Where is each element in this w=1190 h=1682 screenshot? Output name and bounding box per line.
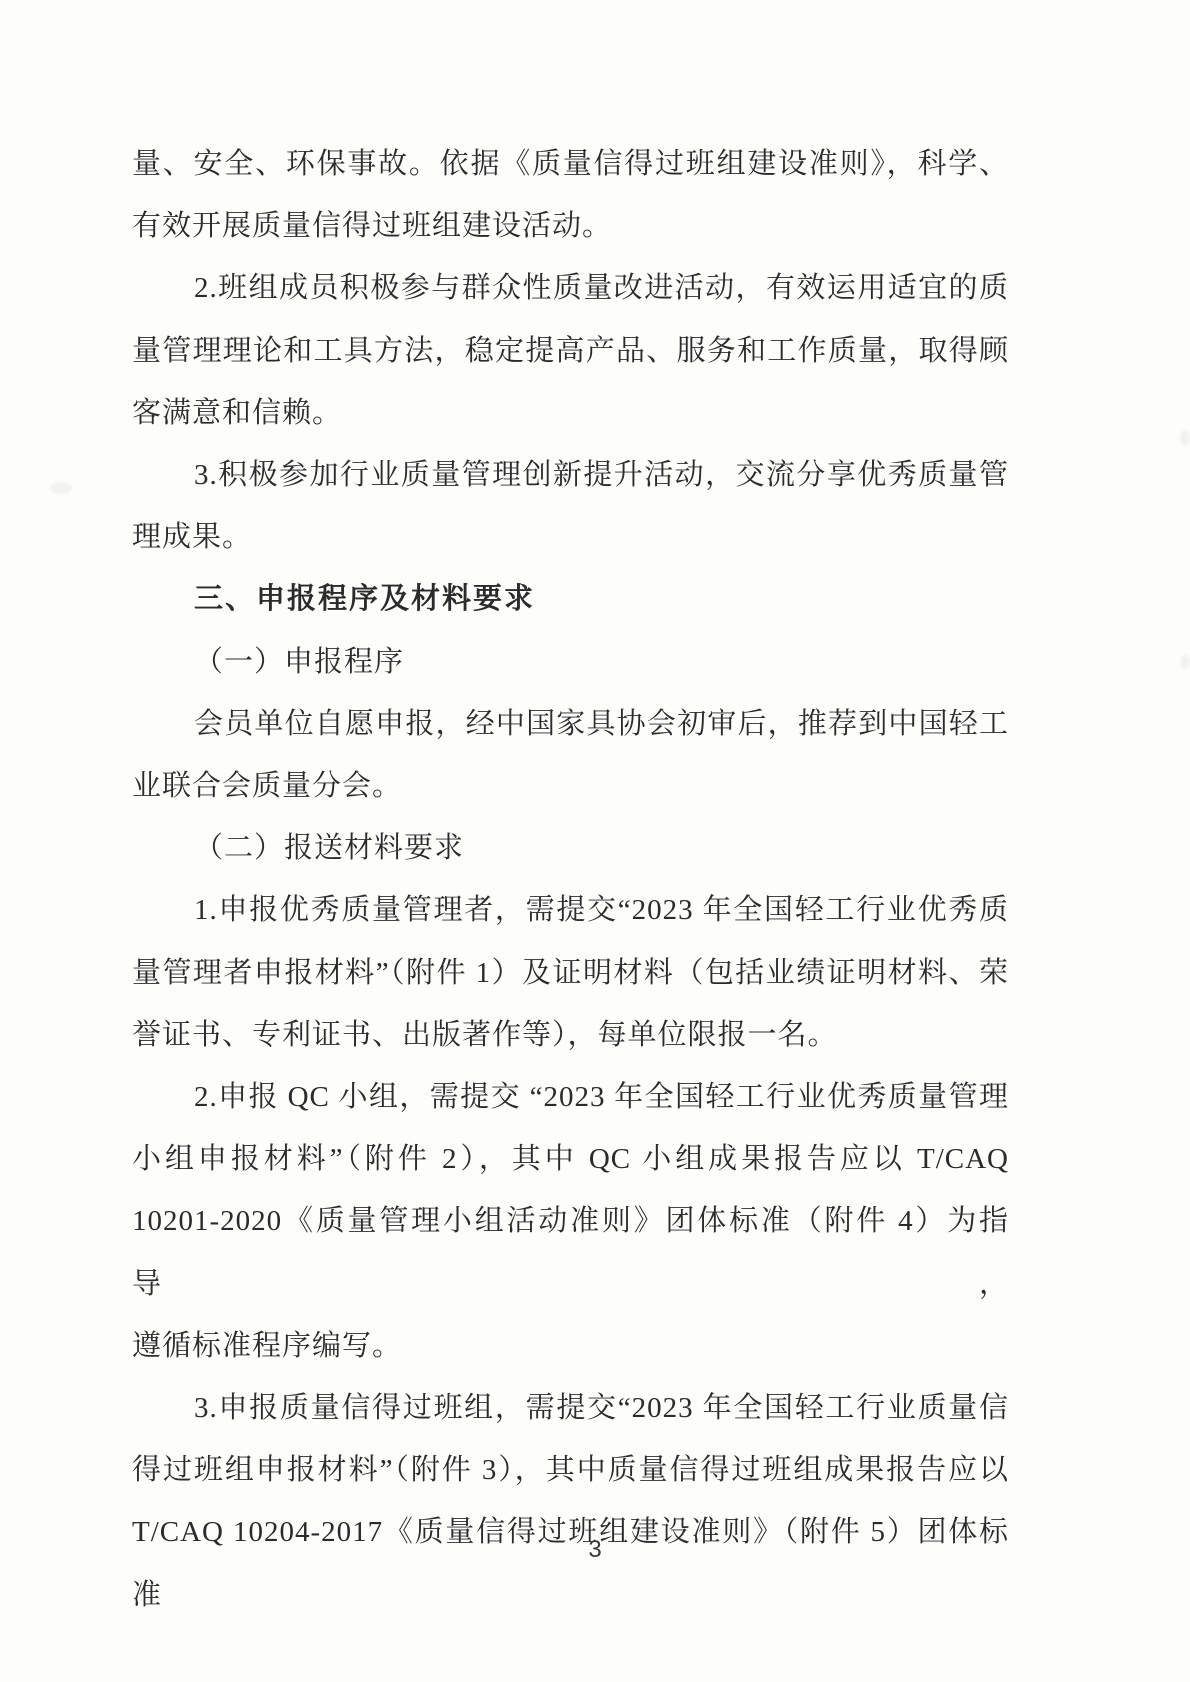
paragraph-line: 3.申报质量信得过班组，需提交“2023 年全国轻工行业质量信 xyxy=(132,1377,1009,1439)
paragraph-line: 业联合会质量分会。 xyxy=(132,755,1009,817)
paragraph-line: 誉证书、专利证书、出版著作等），每单位限报一名。 xyxy=(132,1004,1009,1066)
paragraph-line: 得过班组申报材料”（附件 3），其中质量信得过班组成果报告应以 xyxy=(132,1439,1009,1501)
paragraph-line: 客满意和信赖。 xyxy=(132,382,1009,444)
scan-smudge xyxy=(1180,655,1190,669)
paragraph-line: 1.申报优秀质量管理者，需提交“2023 年全国轻工行业优秀质 xyxy=(132,879,1009,941)
section-heading: 三、申报程序及材料要求 xyxy=(132,568,1009,630)
subsection-heading: （一）申报程序 xyxy=(132,631,1009,693)
page-number: 3 xyxy=(0,1536,1190,1564)
paragraph-line: 2.班组成员积极参与群众性质量改进活动，有效运用适宜的质 xyxy=(132,257,1009,319)
scan-smudge xyxy=(1180,430,1190,446)
paragraph-line: 小组申报材料”（附件 2），其中 QC 小组成果报告应以 T/CAQ xyxy=(132,1128,1009,1190)
paragraph-line: 量管理理论和工具方法，稳定提高产品、服务和工作质量，取得顾 xyxy=(132,320,1009,382)
document-text-block: 量、安全、环保事故。依据《质量信得过班组建设准则》，科学、 有效开展质量信得过班… xyxy=(132,133,1009,1626)
paragraph-line: 量、安全、环保事故。依据《质量信得过班组建设准则》，科学、 xyxy=(132,133,1009,195)
scan-smudge xyxy=(50,482,72,494)
paragraph-line: 遵循标准程序编写。 xyxy=(132,1315,1009,1377)
subsection-heading: （二）报送材料要求 xyxy=(132,817,1009,879)
paragraph-line: 量管理者申报材料”（附件 1）及证明材料（包括业绩证明材料、荣 xyxy=(132,942,1009,1004)
paragraph-line: 3.积极参加行业质量管理创新提升活动，交流分享优秀质量管 xyxy=(132,444,1009,506)
paragraph-line: 有效开展质量信得过班组建设活动。 xyxy=(132,195,1009,257)
paragraph-line: 2.申报 QC 小组，需提交 “2023 年全国轻工行业优秀质量管理 xyxy=(132,1066,1009,1128)
paragraph-line: 10201-2020《质量管理小组活动准则》团体标准（附件 4）为指导， xyxy=(132,1190,1009,1314)
paragraph-line: 会员单位自愿申报，经中国家具协会初审后，推荐到中国轻工 xyxy=(132,693,1009,755)
document-page: 量、安全、环保事故。依据《质量信得过班组建设准则》，科学、 有效开展质量信得过班… xyxy=(0,0,1190,1682)
paragraph-line: 理成果。 xyxy=(132,506,1009,568)
